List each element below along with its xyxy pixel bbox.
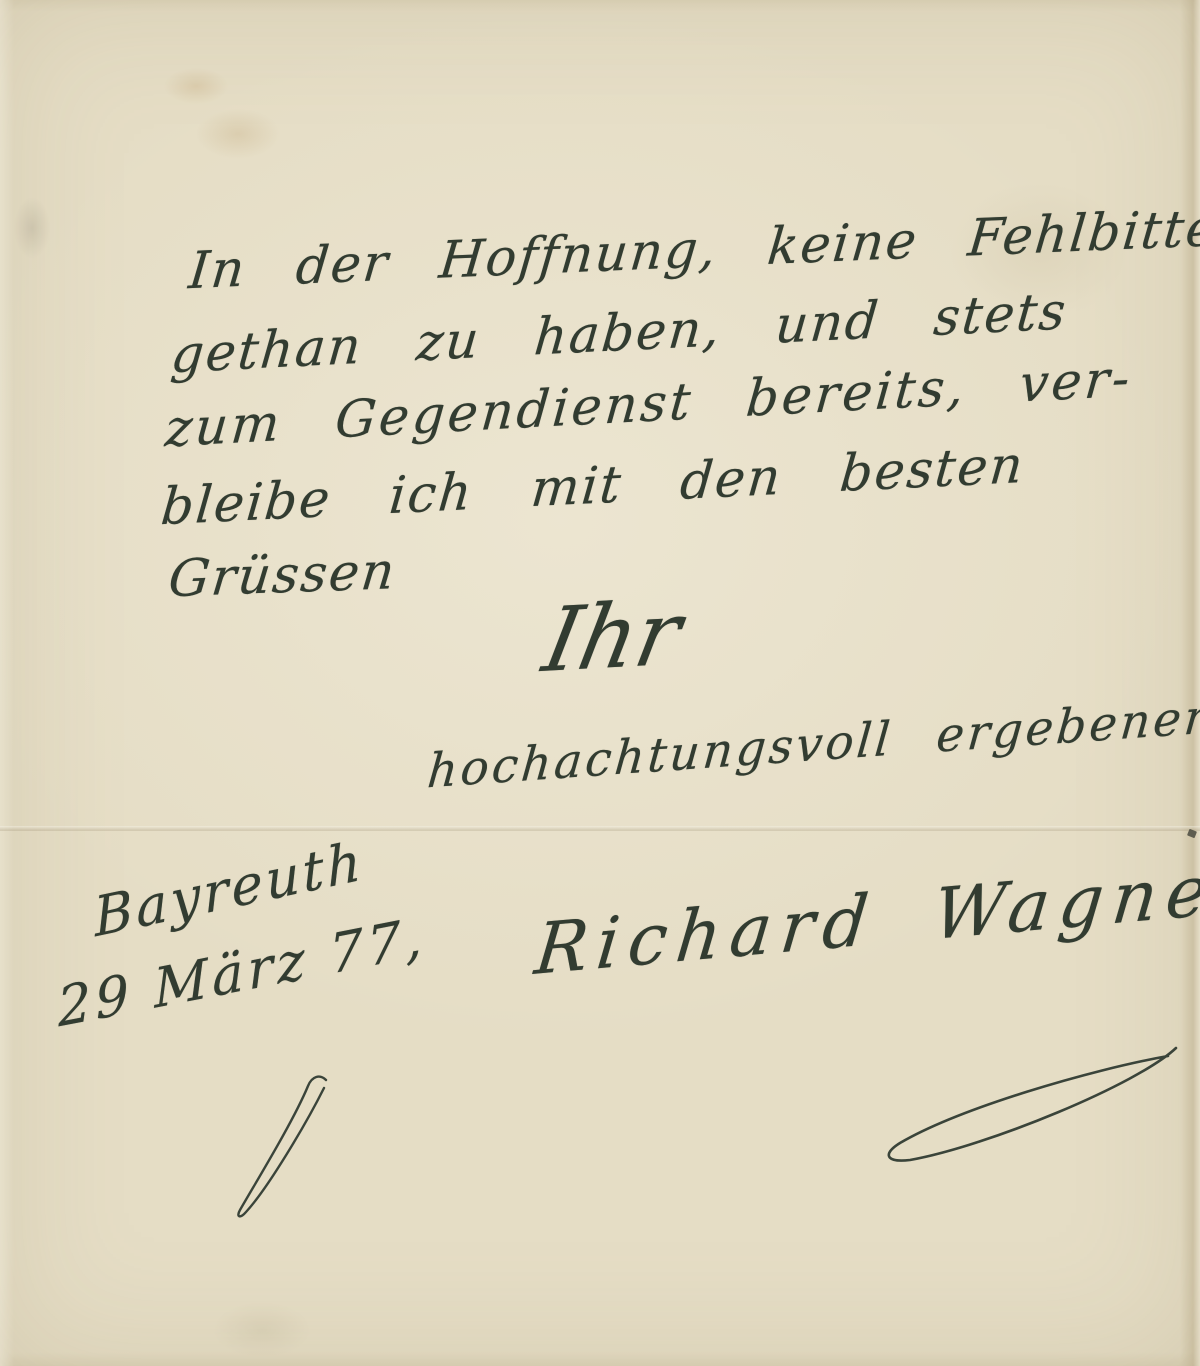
fold-crease [0,826,1200,831]
letter-scan: In der Hoffnung, keine Fehlbitte gethan … [0,0,1200,1366]
pen-flourish-under-date [228,1072,340,1222]
pen-flourish-under-signature [868,1042,1190,1174]
valediction-pronoun: Ihr [536,581,690,692]
body-line-5: Grüssen [166,542,399,609]
